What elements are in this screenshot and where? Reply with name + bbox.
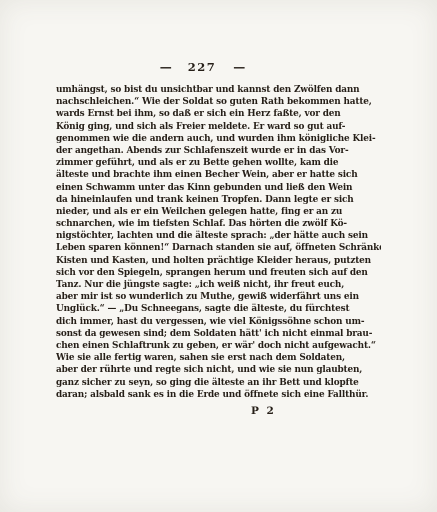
page-header: — 227 — xyxy=(160,60,245,74)
header-right-dash: — xyxy=(233,60,244,74)
text-line: Tanz. Nur die jüngste sagte: „ich weiß n… xyxy=(56,279,381,291)
text-line: zimmer geführt, und als er zu Bette gehe… xyxy=(56,157,381,169)
text-line: schnarchen, wie im tiefsten Schlaf. Das … xyxy=(56,218,381,230)
text-line: aber mir ist so wunderlich zu Muthe, gew… xyxy=(56,291,381,303)
text-line: nieder, und als er ein Weilchen gelegen … xyxy=(56,206,381,218)
signature-mark: P 2 xyxy=(251,405,276,417)
text-line: einen Schwamm unter das Kinn gebunden un… xyxy=(56,182,381,194)
text-line: sich vor den Spiegeln, sprangen herum un… xyxy=(56,267,381,279)
text-line: Kisten und Kasten, und holten prächtige … xyxy=(56,255,381,267)
text-line: umhängst, so bist du unsichtbar und kann… xyxy=(56,84,381,96)
text-line: älteste und brachte ihm einen Becher Wei… xyxy=(56,169,381,181)
page-number: 227 xyxy=(188,60,217,74)
header-left-dash: — xyxy=(160,60,171,74)
text-line: der angethan. Abends zur Schlafenszeit w… xyxy=(56,145,381,157)
text-line: Unglück.“ — „Du Schneegans, sagte die äl… xyxy=(56,303,381,315)
text-line: daran; alsbald sank es in die Erde und ö… xyxy=(56,389,381,401)
text-line: ganz sicher zu seyn, so ging die älteste… xyxy=(56,377,381,389)
text-line: Leben sparen können!“ Darnach standen si… xyxy=(56,242,381,254)
text-line: aber der rührte und regte sich nicht, un… xyxy=(56,364,381,376)
text-line: genommen wie die andern auch, und wurden… xyxy=(56,133,381,145)
text-line: sonst da gewesen sind; dem Soldaten hätt… xyxy=(56,328,381,340)
text-line: nachschleichen.“ Wie der Soldat so guten… xyxy=(56,96,381,108)
text-line: nigstöchter, lachten und die älteste spr… xyxy=(56,230,381,242)
text-line: wards Ernst bei ihm, so daß er sich ein … xyxy=(56,108,381,120)
text-line: König ging, und sich als Freier meldete.… xyxy=(56,121,381,133)
text-line: Wie sie alle fertig waren, sahen sie ers… xyxy=(56,352,381,364)
text-line: chen einen Schlaftrunk zu geben, er wär'… xyxy=(56,340,381,352)
text-line: da hineinlaufen und trank keinen Tropfen… xyxy=(56,194,381,206)
scanned-book-page: — 227 — umhängst, so bist du unsichtbar … xyxy=(0,0,437,512)
body-text: umhängst, so bist du unsichtbar und kann… xyxy=(56,84,381,401)
text-line: dich immer, hast du vergessen, wie viel … xyxy=(56,316,381,328)
